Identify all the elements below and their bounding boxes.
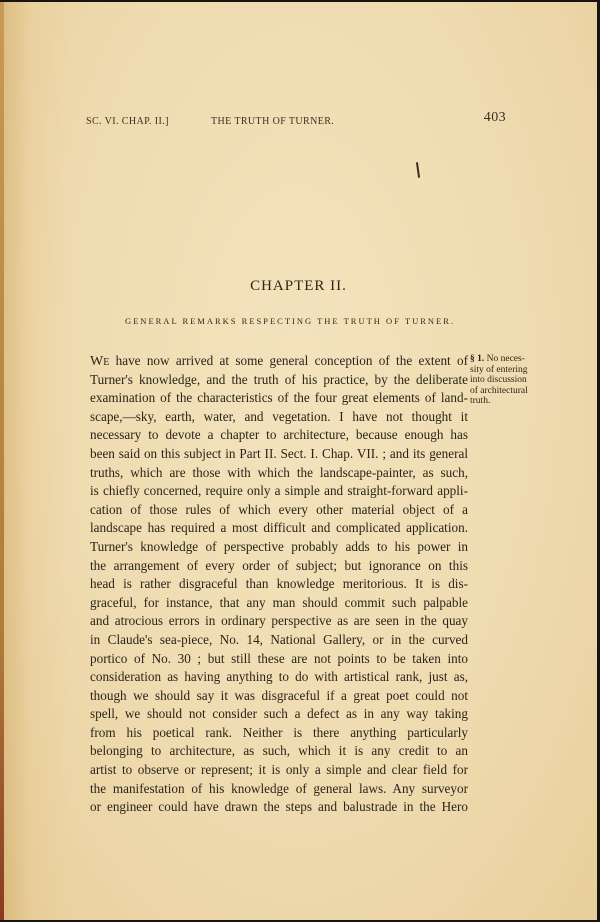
text-line: and atrocious errors in ordinary perspec…: [90, 612, 468, 631]
chapter-subtitle: GENERAL REMARKS RESPECTING THE TRUTH OF …: [0, 316, 580, 326]
ink-mark: [416, 162, 420, 178]
text-line: Turner's knowledge, and the truth of his…: [90, 371, 468, 390]
running-head: SC. VI. CHAP. II.] THE TRUTH OF TURNER. …: [86, 110, 506, 130]
margin-note: § 1. No neces- sity of entering into dis…: [470, 354, 570, 407]
text-line: though we should say it was disgraceful …: [90, 687, 468, 706]
margin-note-line: of architectural: [470, 386, 570, 397]
running-head-section: SC. VI. CHAP. II.]: [86, 116, 169, 127]
text-line: examination of the characteristics of th…: [90, 389, 468, 408]
running-head-title: THE TRUTH OF TURNER.: [211, 116, 334, 127]
text-line: in Claude's sea-piece, No. 14, National …: [90, 631, 468, 650]
margin-note-line: truth.: [470, 396, 570, 407]
text-line: head is rather disgraceful than knowledg…: [90, 575, 468, 594]
text-line: is chiefly concerned, require only a sim…: [90, 482, 468, 501]
text-line: been said on this subject in Part II. Se…: [90, 445, 468, 464]
margin-note-line: sity of entering: [470, 365, 570, 376]
text-line: from his poetical rank. Neither is there…: [90, 724, 468, 743]
margin-note-line: § 1. No neces-: [470, 354, 570, 365]
text-line: the manifestation of his knowledge of ge…: [90, 780, 468, 799]
text-line: truths, which are those with which the l…: [90, 464, 468, 483]
text-line: Turner's knowledge of perspective probab…: [90, 538, 468, 557]
drop-word: We: [90, 354, 109, 369]
text-line: necessary to devote a chapter to archite…: [90, 426, 468, 445]
chapter-title: CHAPTER II.: [0, 278, 597, 295]
book-page: SC. VI. CHAP. II.] THE TRUTH OF TURNER. …: [0, 2, 597, 920]
text-line: We have now arrived at some general conc…: [90, 352, 468, 371]
text-line: artist to observe or represent; it is on…: [90, 761, 468, 780]
text-line: cation of those rules of which every oth…: [90, 501, 468, 520]
body-paragraph: We have now arrived at some general conc…: [90, 352, 468, 817]
text-line: or engineer could have drawn the steps a…: [90, 798, 468, 817]
text-line: consideration as having anything to do w…: [90, 668, 468, 687]
text-line: graceful, for instance, that any man sho…: [90, 594, 468, 613]
margin-note-line: into discussion: [470, 375, 570, 386]
page-number: 403: [484, 110, 506, 126]
text-line: belonging to architecture, as such, whic…: [90, 742, 468, 761]
text-line: the arrangement of every order of subjec…: [90, 557, 468, 576]
section-marker: § 1.: [470, 354, 484, 364]
text-line: scape,—sky, earth, water, and vegetation…: [90, 408, 468, 427]
text-line: landscape has required a most difficult …: [90, 519, 468, 538]
text-line: portico of No. 30 ; but still these are …: [90, 650, 468, 669]
text-line: spell, we should not consider such a def…: [90, 705, 468, 724]
